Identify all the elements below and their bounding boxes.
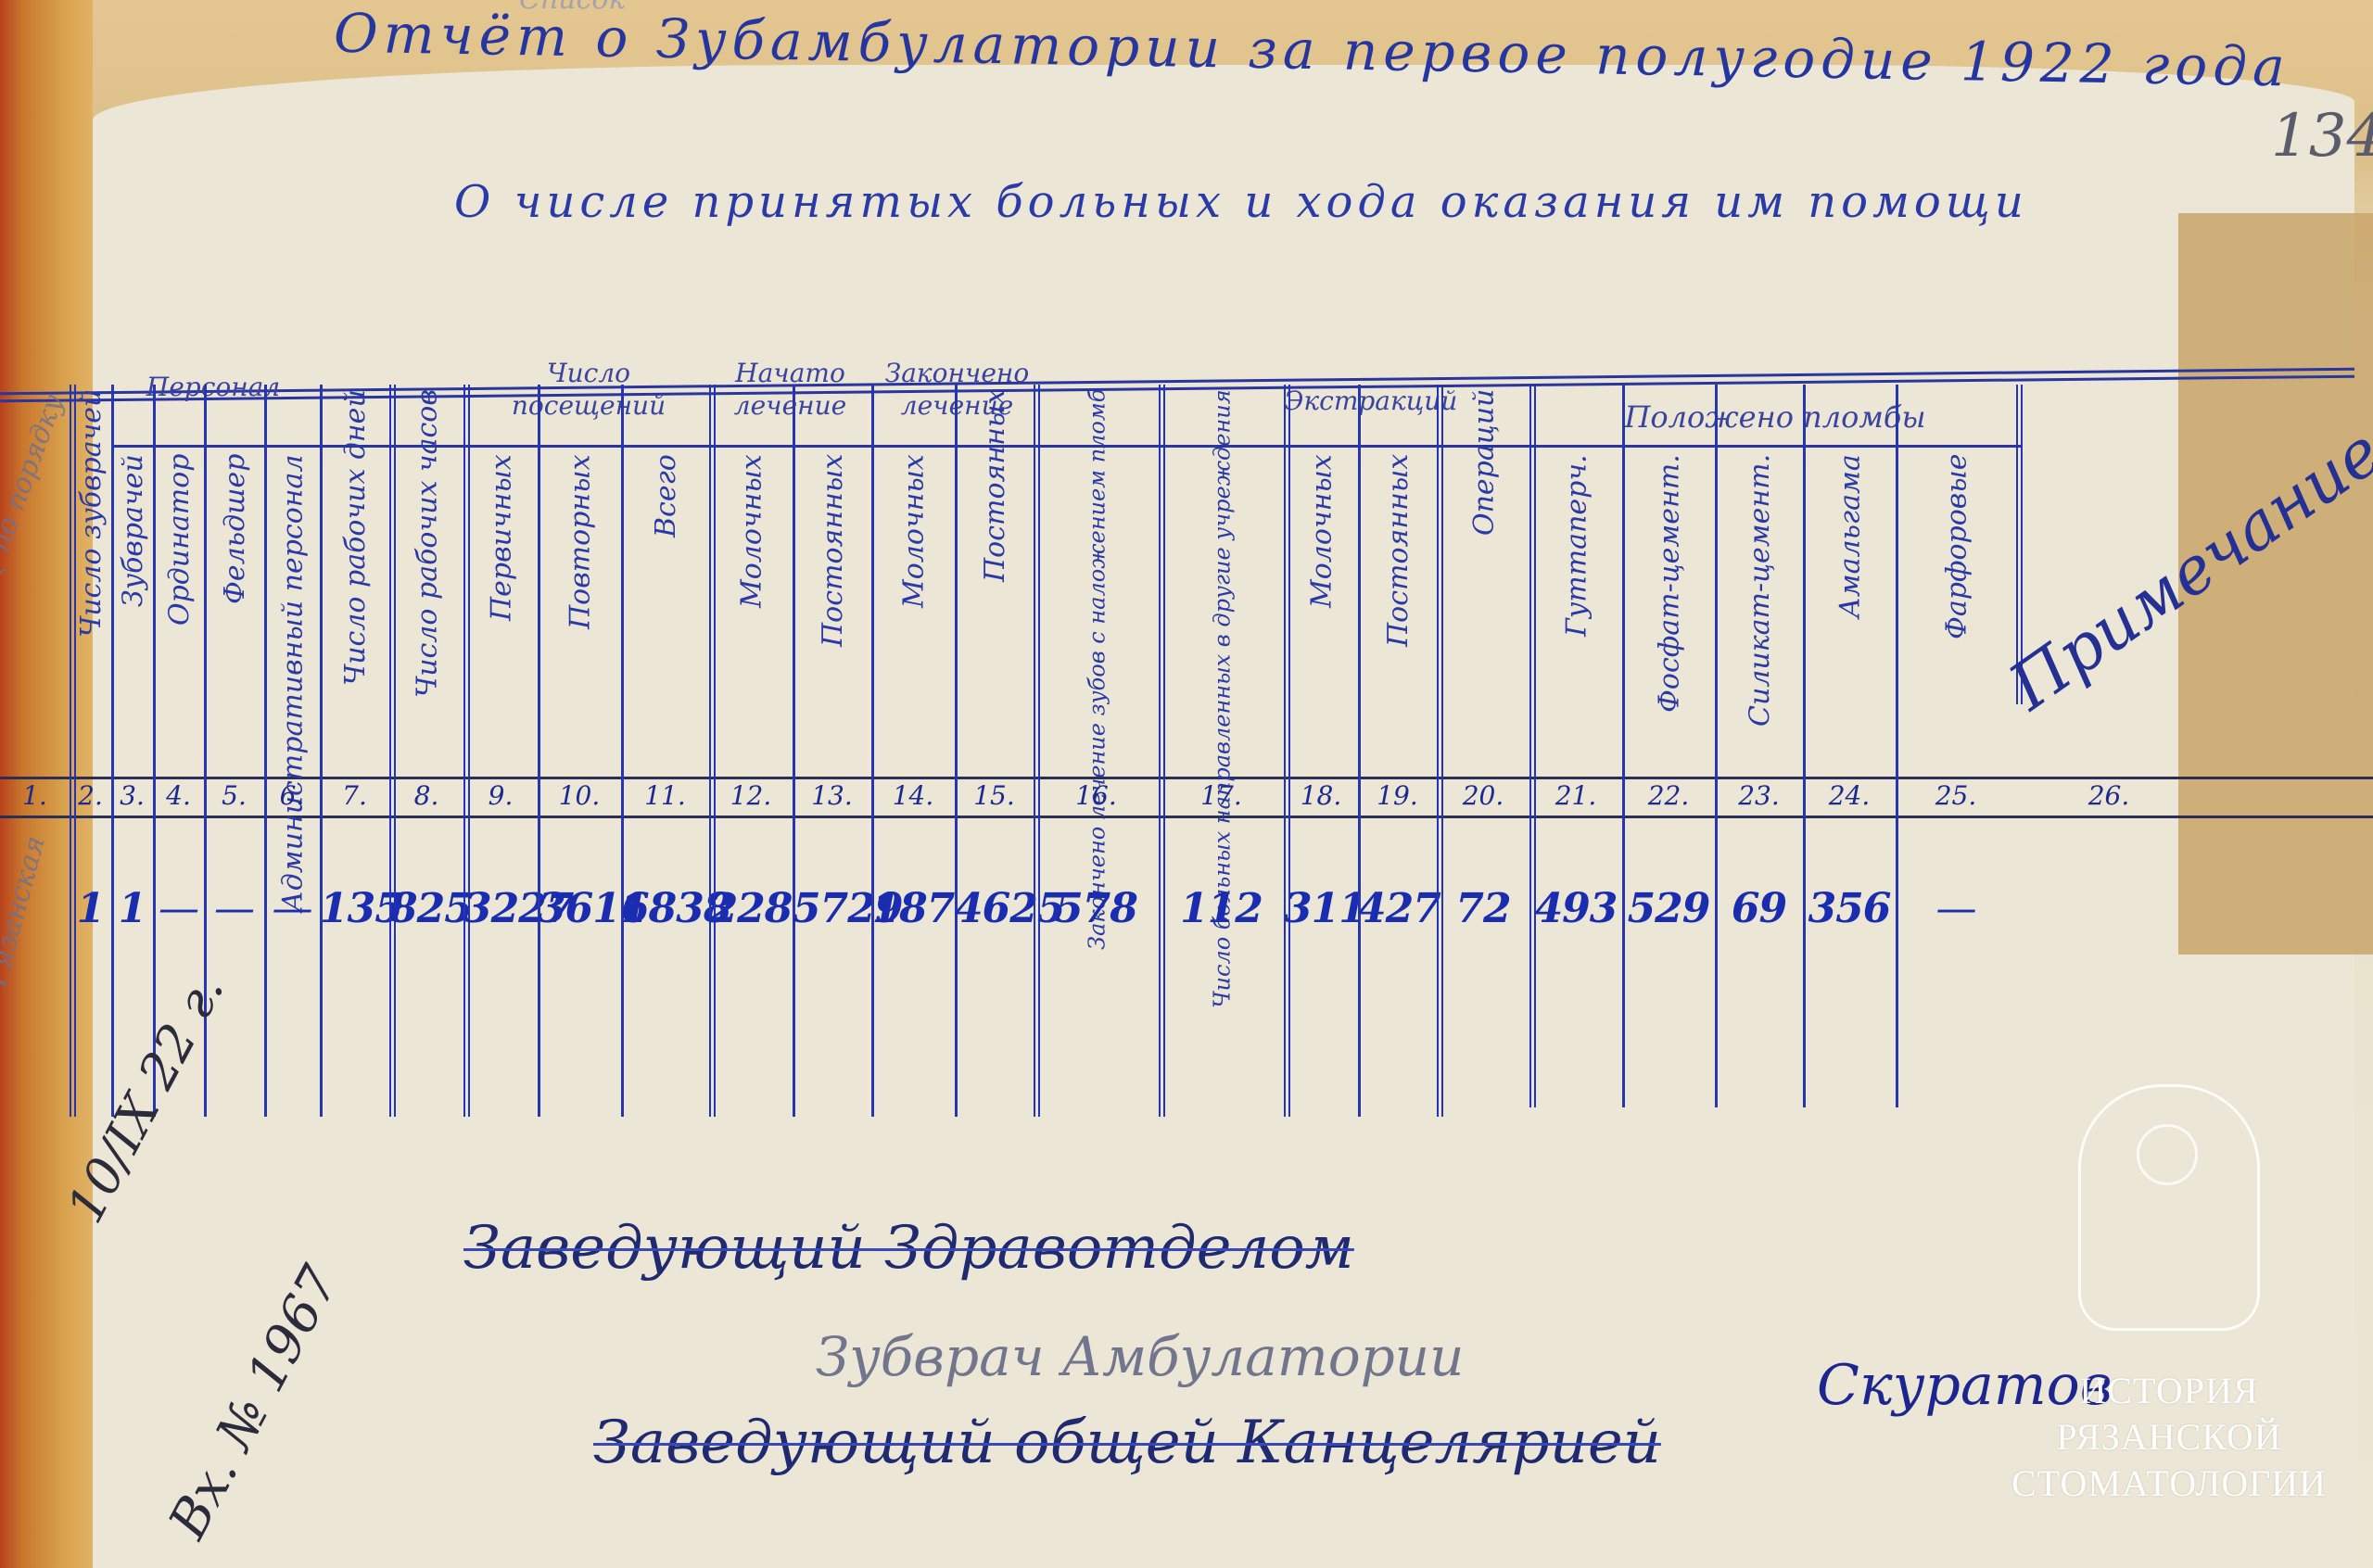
column-number: 6. xyxy=(264,780,320,811)
column-header-15: Постоянных xyxy=(960,389,1030,769)
column-number: 21. xyxy=(1529,780,1622,811)
column-number: 3. xyxy=(111,780,153,811)
document-subtitle: О числе принятых больных и хода оказания… xyxy=(454,176,2028,228)
signature-title-clinic-dentist: Зубврач Амбулатории xyxy=(816,1325,1464,1388)
table-cell-col-14: 187 xyxy=(871,885,955,932)
column-divider xyxy=(111,385,114,1117)
column-number: 14. xyxy=(871,780,955,811)
column-divider xyxy=(1715,385,1718,1107)
signature-title-chancellery: Заведующий общей Канцелярией xyxy=(593,1409,1661,1477)
column-divider xyxy=(621,385,624,1117)
table-cell-col-18: 311 xyxy=(1284,885,1358,932)
column-header-12: Молочных xyxy=(715,454,789,769)
report-table: Персонал Число посещений Начато лечение … xyxy=(0,352,2373,1112)
table-cell-col-12: 228 xyxy=(709,885,793,932)
watermark-line-2: РЯЗАНСКОЙ xyxy=(1984,1414,2354,1461)
table-cell-col-20: 72 xyxy=(1437,885,1529,932)
column-header-25: Фарфоровые xyxy=(1901,454,2012,769)
watermark-line-1: ИСТОРИЯ xyxy=(1984,1368,2354,1414)
table-cell-col-25: — xyxy=(1896,885,2016,932)
column-number: 2. xyxy=(70,780,111,811)
column-number: 18. xyxy=(1284,780,1358,811)
notes-column-header: Примечание xyxy=(1996,413,2373,725)
table-cell-col-7: 135 xyxy=(320,885,389,932)
table-cell-col-2: 1 xyxy=(70,885,111,932)
column-header-6: Административный персонал xyxy=(270,454,316,769)
column-number: 16. xyxy=(1034,780,1159,811)
column-number: 1. xyxy=(0,780,70,811)
column-number: 15. xyxy=(955,780,1034,811)
column-number: 13. xyxy=(793,780,871,811)
column-divider xyxy=(320,385,323,1117)
column-number: 17. xyxy=(1159,780,1284,811)
column-number: 19. xyxy=(1358,780,1437,811)
column-number: 10. xyxy=(538,780,621,811)
watermark: ИСТОРИЯ РЯЗАНСКОЙ СТОМАТОЛОГИИ xyxy=(1984,1084,2354,1507)
column-header-20: Операций xyxy=(1442,389,1526,769)
column-number: 5. xyxy=(204,780,264,811)
column-number: 4. xyxy=(153,780,204,811)
column-header-14: Молочных xyxy=(877,454,951,769)
table-cell-col-5: — xyxy=(204,885,264,932)
column-number: 8. xyxy=(389,780,463,811)
column-divider xyxy=(871,385,874,1117)
column-number: 26. xyxy=(2016,780,2202,811)
table-cell-col-10: 3611 xyxy=(538,885,621,932)
header-bottom-rule xyxy=(0,777,2373,779)
column-header-10: Повторных xyxy=(543,454,617,769)
column-number: 9. xyxy=(463,780,538,811)
column-divider xyxy=(153,385,156,1117)
watermark-line-3: СТОМАТОЛОГИИ xyxy=(1984,1461,2354,1507)
column-number-rule xyxy=(0,816,2373,818)
table-cell-col-22: 529 xyxy=(1622,885,1715,932)
column-number: 11. xyxy=(621,780,709,811)
column-number: 25. xyxy=(1896,780,2016,811)
column-header-4: Ординатор xyxy=(159,454,200,769)
column-header-9: Первичных xyxy=(469,454,534,769)
column-divider xyxy=(1896,385,1898,1107)
column-header-13: Постоянных xyxy=(798,454,868,769)
table-cell-col-24: 356 xyxy=(1803,885,1896,932)
column-number: 23. xyxy=(1715,780,1803,811)
column-header-17: Число больных направленных в другие учре… xyxy=(1164,389,1280,769)
column-divider xyxy=(1803,385,1806,1107)
column-header-11: Всего xyxy=(627,454,705,769)
table-cell-col-8: 825 xyxy=(389,885,463,932)
table-cell-col-19: 427 xyxy=(1358,885,1437,932)
table-cell-col-23: 69 xyxy=(1715,885,1803,932)
column-header-3: Зубврачей xyxy=(117,454,149,769)
column-number: 22. xyxy=(1622,780,1715,811)
table-cell-col-15: 4625 xyxy=(955,885,1034,932)
table-cell-col-9: 3227 xyxy=(463,885,538,932)
table-cell-col-6: — xyxy=(264,885,320,932)
column-header-24: Амальгама xyxy=(1808,454,1892,769)
column-header-5: Фельдшер xyxy=(209,454,260,769)
tooth-icon xyxy=(2078,1084,2260,1331)
group-header-fillings: Положено пломбы xyxy=(1539,398,2011,436)
column-header-2: Число зубврачей xyxy=(75,389,108,769)
column-divider xyxy=(955,385,958,1117)
column-divider xyxy=(264,385,267,1117)
column-header-8: Число рабочих часов xyxy=(395,389,460,769)
column-divider xyxy=(793,385,795,1117)
group-header-visits: Число посещений xyxy=(468,357,709,422)
column-header-21: Гуттаперч. xyxy=(1535,454,1618,769)
column-divider xyxy=(1358,385,1361,1117)
column-number: 24. xyxy=(1803,780,1896,811)
page-number: 134 xyxy=(2271,102,2373,171)
column-divider xyxy=(538,385,540,1117)
table-cell-col-13: 5729 xyxy=(793,885,871,932)
column-header-19: Постоянных xyxy=(1364,454,1433,769)
column-header-22: Фосфат-цемент. xyxy=(1628,454,1711,769)
table-cell-col-11: 6838 xyxy=(621,885,709,932)
signature-title-health-dept: Заведующий Здравотделом xyxy=(463,1214,1354,1283)
group-header-staff: Персонал xyxy=(111,371,315,403)
column-divider xyxy=(1622,385,1625,1107)
table-cell-col-3: 1 xyxy=(111,885,153,932)
column-header-16: Закончено лечение зубов с наложением пло… xyxy=(1039,389,1155,769)
group-header-started: Начато лечение xyxy=(709,357,871,422)
column-header-7: Число рабочих дней xyxy=(325,389,386,769)
column-header-23: Силикат-цемент. xyxy=(1720,454,1799,769)
table-cell-col-4: — xyxy=(153,885,204,932)
column-number: 7. xyxy=(320,780,389,811)
column-number: 12. xyxy=(709,780,793,811)
column-number: 20. xyxy=(1437,780,1529,811)
table-cell-col-16: 578 xyxy=(1034,885,1159,932)
column-header-18: Молочных xyxy=(1289,454,1354,769)
table-cell-col-17: 112 xyxy=(1159,885,1284,932)
table-cell-col-21: 493 xyxy=(1529,885,1622,932)
